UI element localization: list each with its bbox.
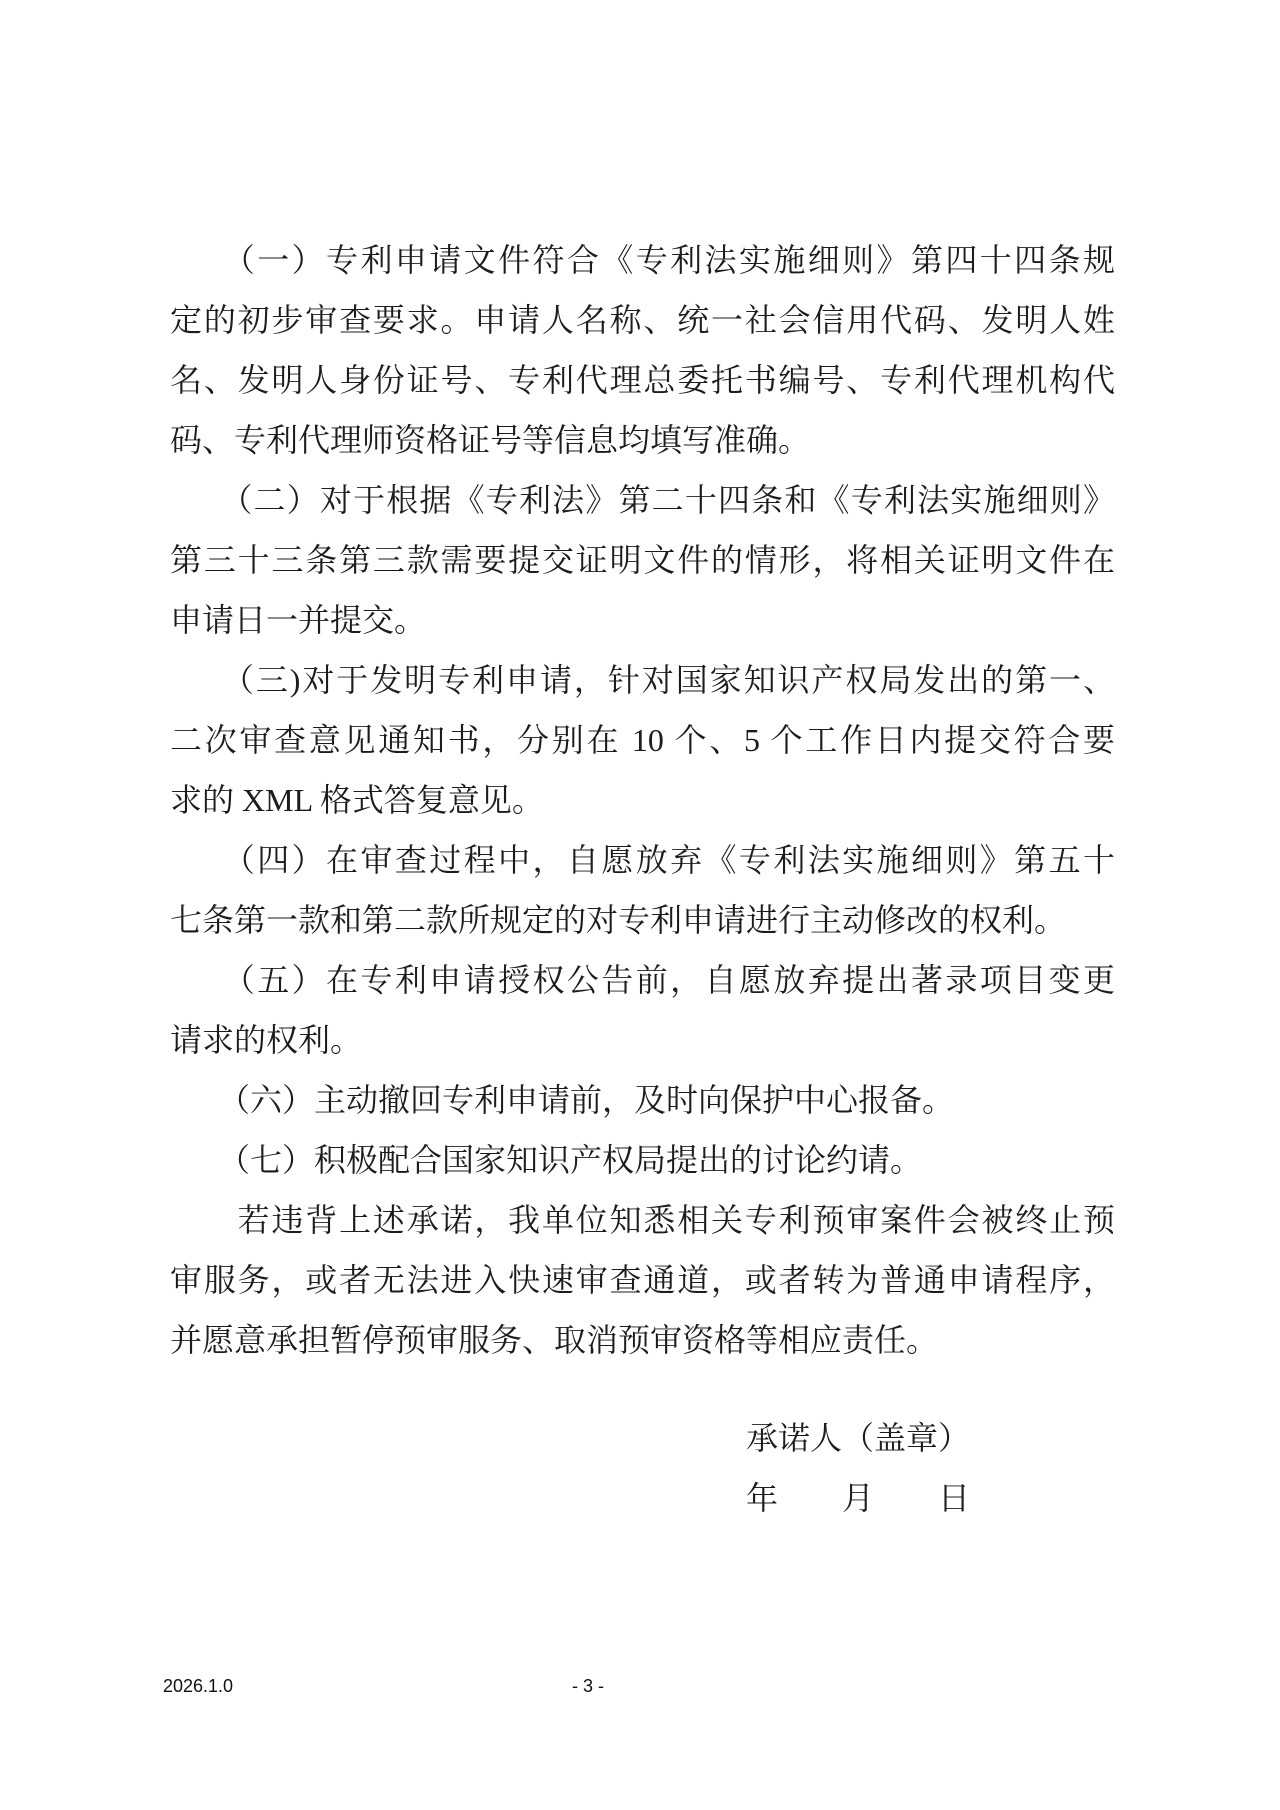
body-line: 申请日一并提交。: [170, 590, 1115, 650]
body-line: （七）积极配合国家知识产权局提出的讨论约请。: [170, 1130, 1115, 1190]
body-line: 求的 XML 格式答复意见。: [170, 770, 1115, 830]
body-line: 审服务，或者无法进入快速审查通道，或者转为普通申请程序，: [170, 1250, 1115, 1310]
body-line: （三)对于发明专利申请，针对国家知识产权局发出的第一、: [170, 650, 1115, 710]
body-line: 并愿意承担暂停预审服务、取消预审资格等相应责任。: [170, 1310, 1115, 1370]
signer-line: 承诺人（盖章）: [170, 1408, 970, 1468]
body-line: 若违背上述承诺，我单位知悉相关专利预审案件会被终止预: [170, 1190, 1115, 1250]
body-line: （二）对于根据《专利法》第二十四条和《专利法实施细则》: [170, 470, 1115, 530]
signature-block: 承诺人（盖章） 年 月 日: [170, 1408, 1115, 1528]
body-line: 码、专利代理师资格证号等信息均填写准确。: [170, 410, 1115, 470]
body-line: 七条第一款和第二款所规定的对专利申请进行主动修改的权利。: [170, 890, 1115, 950]
body-line: 定的初步审查要求。申请人名称、统一社会信用代码、发明人姓: [170, 290, 1115, 350]
body-line: （五）在专利申请授权公告前，自愿放弃提出著录项目变更: [170, 950, 1115, 1010]
document-page: （一）专利申请文件符合《专利法实施细则》第四十四条规 定的初步审查要求。申请人名…: [0, 0, 1280, 1810]
body-line: （六）主动撤回专利申请前，及时向保护中心报备。: [170, 1070, 1115, 1130]
page-number: - 3 -: [548, 1674, 628, 1698]
body-line: 第三十三条第三款需要提交证明文件的情形，将相关证明文件在: [170, 530, 1115, 590]
commitment-body: （一）专利申请文件符合《专利法实施细则》第四十四条规 定的初步审查要求。申请人名…: [170, 230, 1115, 1370]
body-line: 请求的权利。: [170, 1010, 1115, 1070]
body-line: （四）在审查过程中，自愿放弃《专利法实施细则》第五十: [170, 830, 1115, 890]
version-label: 2026.1.0: [163, 1674, 233, 1698]
date-line: 年 月 日: [170, 1468, 970, 1528]
body-line: 二次审查意见通知书，分别在 10 个、5 个工作日内提交符合要: [170, 710, 1115, 770]
body-line: 名、发明人身份证号、专利代理总委托书编号、专利代理机构代: [170, 350, 1115, 410]
body-line: （一）专利申请文件符合《专利法实施细则》第四十四条规: [170, 230, 1115, 290]
